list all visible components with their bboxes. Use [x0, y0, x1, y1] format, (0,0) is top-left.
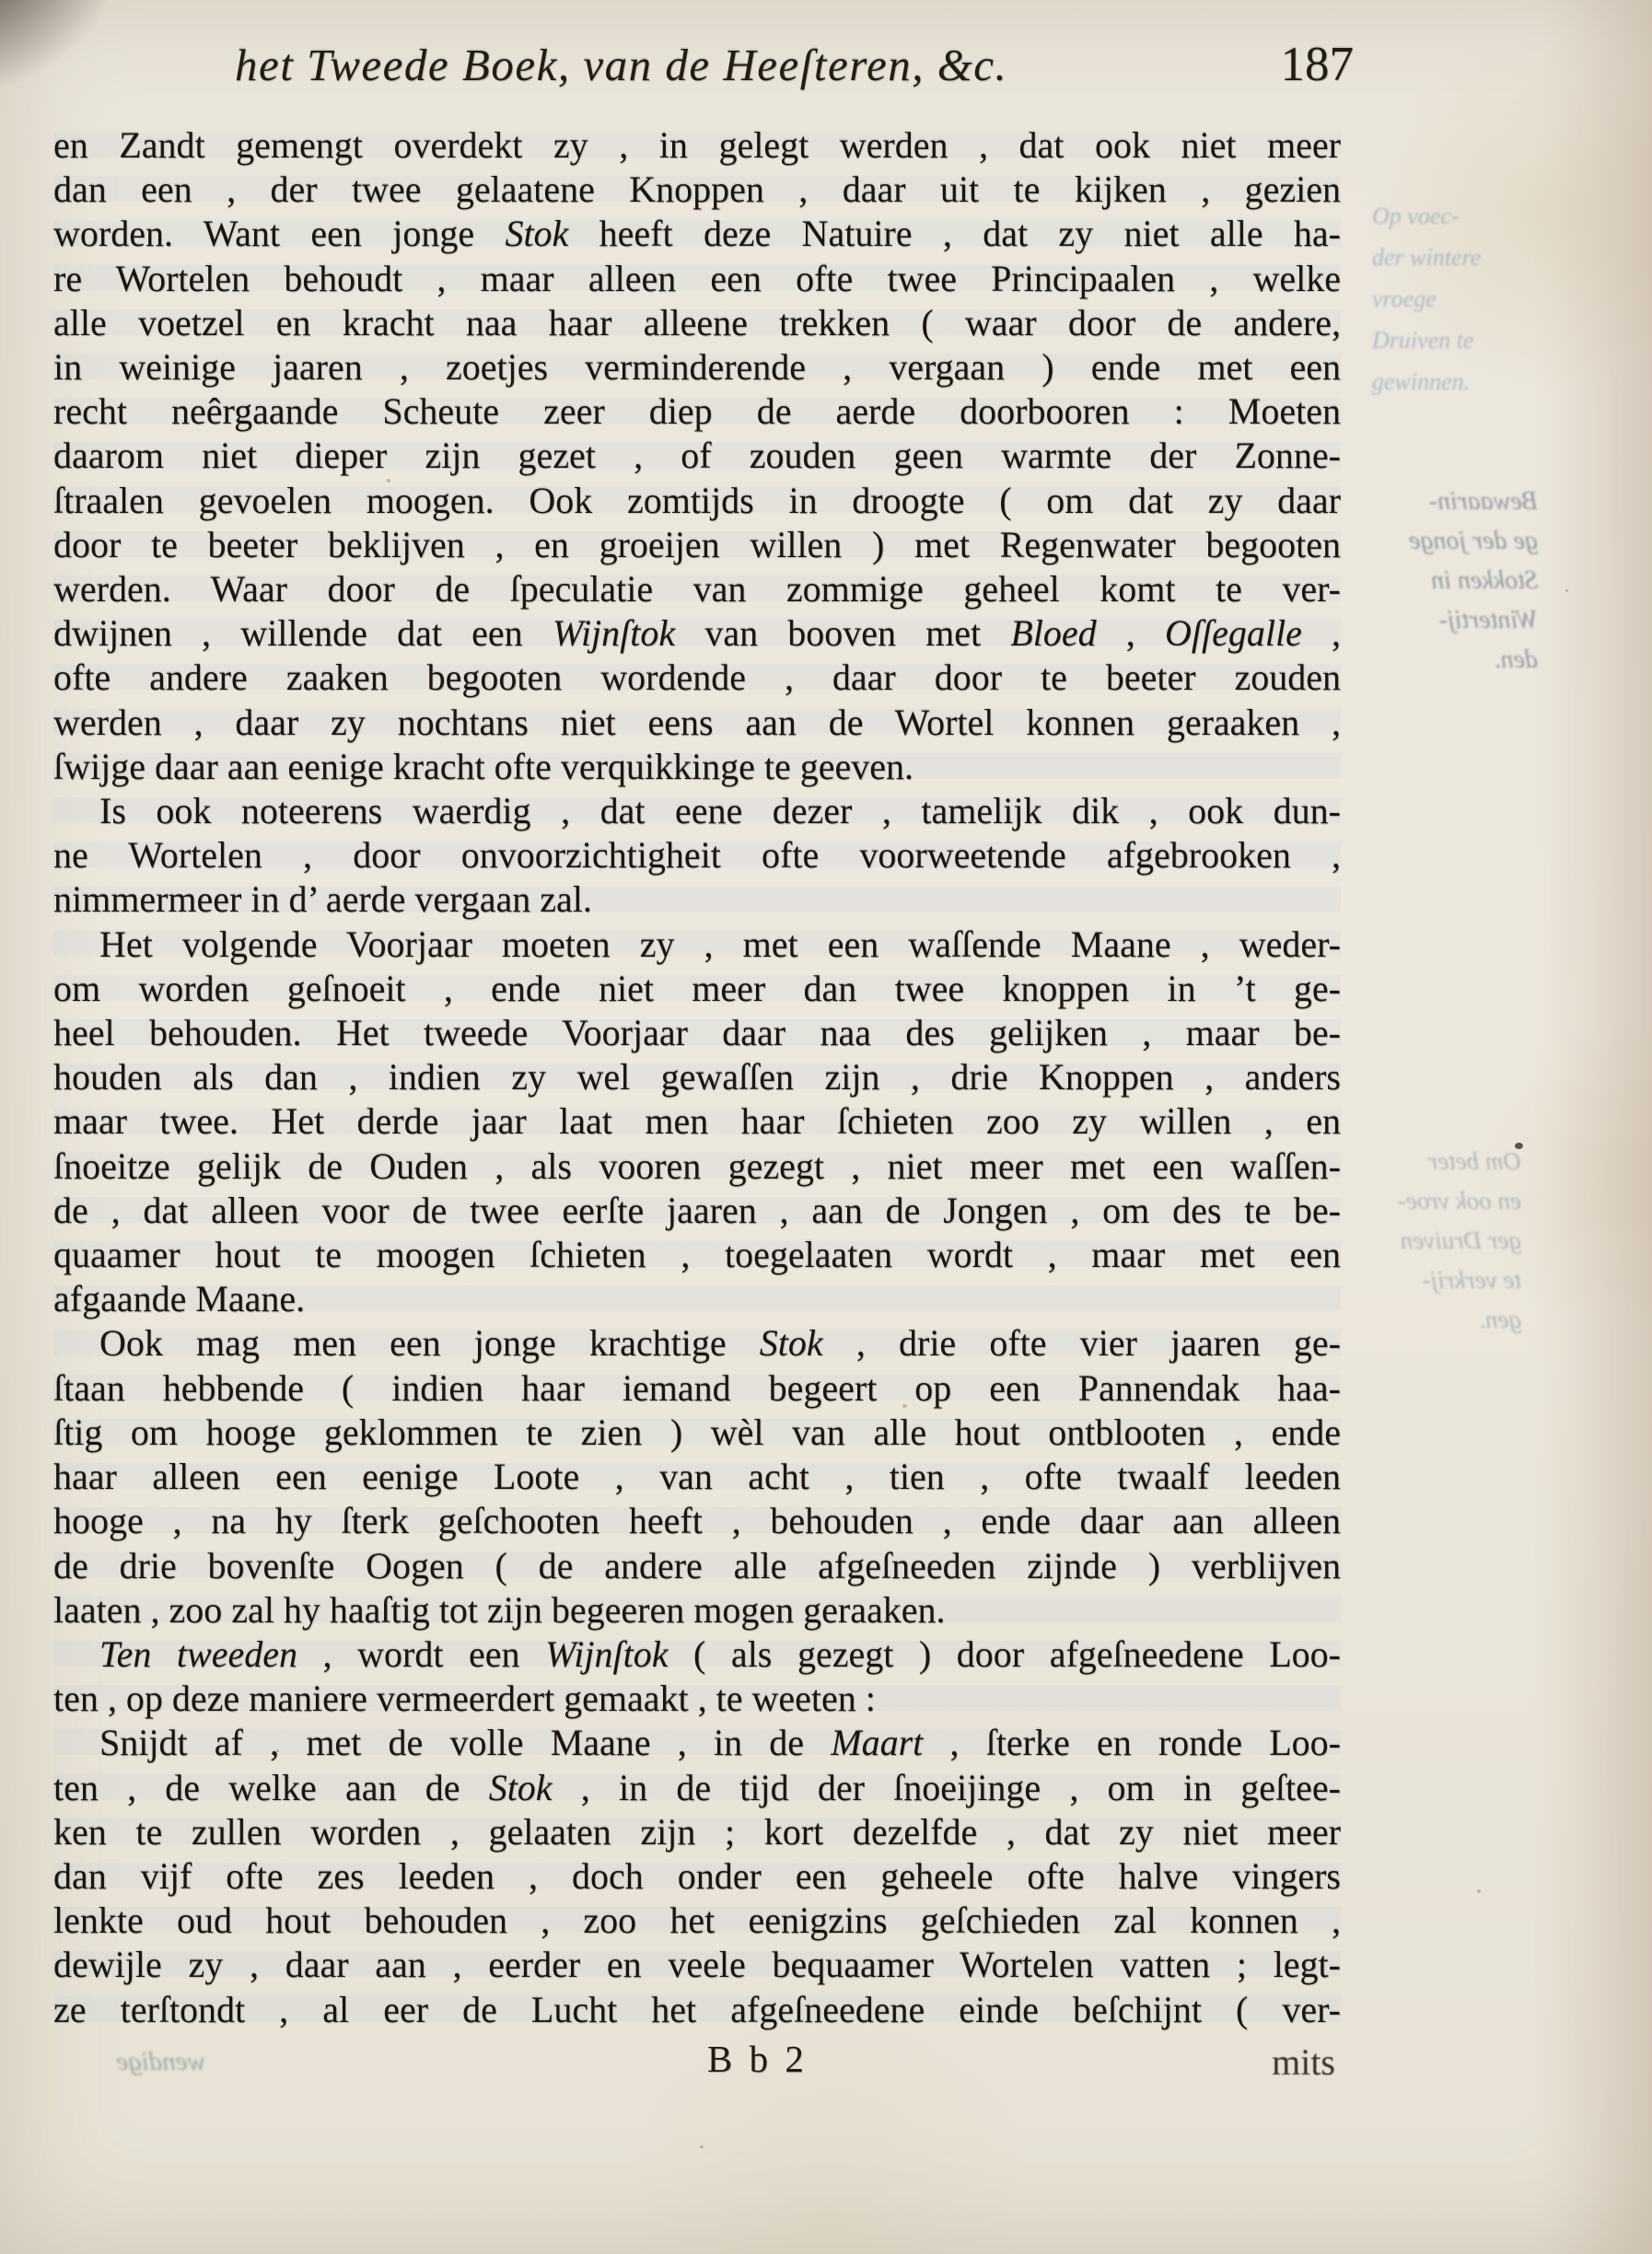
- signature-mark: B b 2: [707, 2037, 808, 2081]
- text-line: en Zandt gemengt overdekt zy , in gelegt…: [53, 123, 1341, 168]
- text-segment: dwijnen , willende dat een: [53, 612, 553, 654]
- showthrough-line: vroege: [1372, 278, 1567, 320]
- showthrough-line: Om beter: [1332, 1142, 1521, 1181]
- text-segment: ,: [1097, 612, 1165, 654]
- showthrough-line: Stokken in: [1337, 561, 1538, 600]
- text-line: hooge , na hy ſterk geſchooten heeft , b…: [53, 1499, 1341, 1543]
- text-segment: maar twee. Het derde jaar laat men haar …: [53, 1100, 1341, 1142]
- text-line: quaamer hout te moogen ſchieten , toegel…: [53, 1233, 1341, 1277]
- text-segment: ze terſtondt , al eer de Lucht het afgeſ…: [53, 1989, 1341, 2030]
- showthrough-line: en ook vroe-: [1332, 1181, 1521, 1221]
- text-segment: dan vijf ofte zes leeden , doch onder ee…: [53, 1855, 1341, 1897]
- text-segment: lenkte oud hout behouden , zoo het eenig…: [53, 1900, 1341, 1941]
- showthrough-line: ger Druiven: [1332, 1221, 1521, 1261]
- page-number: 187: [1281, 37, 1355, 92]
- showthrough-line: gewinnen.: [1372, 361, 1567, 402]
- text-line: houden als dan , indien zy wel gewaſſen …: [53, 1055, 1341, 1099]
- text-segment: haar alleen een eenige Loote , van acht …: [53, 1456, 1341, 1497]
- text-line: haar alleen een eenige Loote , van acht …: [53, 1455, 1341, 1499]
- text-segment: dan een , der twee gelaatene Knoppen , d…: [53, 168, 1341, 210]
- text-segment: van booven met: [675, 612, 1010, 654]
- text-segment: nimmermeer in d’ aerde vergaan zal.: [53, 878, 592, 920]
- text-line: ten , op deze maniere vermeerdert gemaak…: [53, 1677, 1341, 1721]
- paper-speck: [1477, 1889, 1481, 1893]
- text-segment: door te beeter beklijven , en groeijen w…: [53, 524, 1341, 565]
- paragraph: Snijdt af , met de volle Maane , in de M…: [53, 1721, 1341, 2031]
- text-segment: ſtraalen gevoelen moogen. Ook zomtijds i…: [53, 480, 1341, 521]
- text-segment: werden. Waar door de ſpeculatie van zomm…: [53, 568, 1341, 610]
- text-segment: ſtig om hooge geklommen te zien ) wèl va…: [53, 1412, 1341, 1453]
- showthrough-line: den.: [1337, 640, 1538, 680]
- text-line: afgaande Maane.: [53, 1277, 1341, 1321]
- text-line: nimmermeer in d’ aerde vergaan zal.: [53, 877, 1341, 922]
- paragraph: Ook mag men een jonge krachtige Stok , d…: [53, 1321, 1341, 1632]
- text-segment: Is ook noteerens waerdig , dat eene deze…: [99, 790, 1341, 831]
- showthrough-line: Bewaarin-: [1337, 482, 1538, 521]
- text-line: ſtaan hebbende ( indien haar iemand bege…: [53, 1366, 1341, 1411]
- italic-text-segment: Stok: [489, 1767, 553, 1808]
- text-segment: de drie bovenſte Oogen ( de andere alle …: [53, 1545, 1341, 1586]
- text-segment: hooge , na hy ſterk geſchooten heeft , b…: [53, 1500, 1341, 1541]
- text-line: ze terſtondt , al eer de Lucht het afgeſ…: [53, 1988, 1341, 2032]
- text-line: ſtig om hooge geklommen te zien ) wèl va…: [53, 1411, 1341, 1455]
- paragraph: en Zandt gemengt overdekt zy , in gelegt…: [53, 123, 1341, 789]
- margin-note-showthrough: Op voec-der winterevroegeDruiven tegewin…: [1372, 195, 1567, 402]
- text-line: heel behouden. Het tweede Voorjaar daar …: [53, 1011, 1341, 1055]
- text-segment: in weinige jaaren , zoetjes verminderend…: [53, 346, 1341, 388]
- text-segment: , drie ofte vier jaaren ge-: [823, 1322, 1341, 1364]
- text-segment: quaamer hout te moogen ſchieten , toegel…: [53, 1234, 1341, 1275]
- text-line: ten , de welke aan de Stok , in de tijd …: [53, 1766, 1341, 1810]
- text-segment: , ſterke en ronde Loo-: [923, 1722, 1341, 1763]
- italic-text-segment: Ten tweeden: [99, 1633, 297, 1675]
- text-line: de drie bovenſte Oogen ( de andere alle …: [53, 1544, 1341, 1588]
- text-segment: laaten , zoo zal hy haaſtig tot zijn beg…: [53, 1589, 945, 1631]
- text-segment: ten , op deze maniere vermeerdert gemaak…: [53, 1678, 876, 1719]
- text-segment: worden. Want een jonge: [53, 213, 505, 254]
- text-line: daarom niet dieper zijn gezet , of zoude…: [53, 434, 1341, 478]
- paper-speck: [700, 2145, 704, 2148]
- text-line: Is ook noteerens waerdig , dat eene deze…: [53, 789, 1341, 833]
- paper-speck: [1565, 589, 1568, 592]
- italic-text-segment: Oſſegalle: [1165, 612, 1302, 654]
- text-segment: ( als gezegt ) door afgeſneedene Loo-: [668, 1633, 1341, 1675]
- text-segment: , in de tijd der ſnoeijinge , om in geſt…: [553, 1767, 1341, 1808]
- text-line: alle voetzel en kracht naa haar alleene …: [53, 301, 1341, 345]
- text-line: werden. Waar door de ſpeculatie van zomm…: [53, 567, 1341, 611]
- text-line: recht neêrgaande Scheute zeer diep de ae…: [53, 389, 1341, 434]
- text-line: dewijle zy , daar aan , eerder en veele …: [53, 1943, 1341, 1987]
- text-segment: heel behouden. Het tweede Voorjaar daar …: [53, 1012, 1341, 1053]
- text-line: dwijnen , willende dat een Wijnſtok van …: [53, 611, 1341, 656]
- text-line: werden , daar zy nochtans niet eens aan …: [53, 701, 1341, 745]
- italic-text-segment: Stok: [505, 213, 568, 254]
- showthrough-line: der wintere: [1372, 237, 1567, 278]
- text-segment: ken te zullen worden , gelaaten zijn ; k…: [53, 1811, 1341, 1853]
- text-line: maar twee. Het derde jaar laat men haar …: [53, 1099, 1341, 1144]
- text-line: re Wortelen behoudt , maar alleen een of…: [53, 257, 1341, 301]
- text-line: dan vijf ofte zes leeden , doch onder ee…: [53, 1854, 1341, 1899]
- text-line: Ook mag men een jonge krachtige Stok , d…: [53, 1321, 1341, 1365]
- text-line: laaten , zoo zal hy haaſtig tot zijn beg…: [53, 1588, 1341, 1632]
- text-segment: , wordt een: [297, 1633, 545, 1675]
- text-line: in weinige jaaren , zoetjes verminderend…: [53, 345, 1341, 389]
- text-segment: ſtaan hebbende ( indien haar iemand bege…: [53, 1367, 1341, 1409]
- text-line: door te beeter beklijven , en groeijen w…: [53, 523, 1341, 567]
- text-segment: ofte andere zaaken begooten wordende , d…: [53, 656, 1341, 698]
- text-segment: re Wortelen behoudt , maar alleen een of…: [53, 258, 1341, 299]
- running-title: het Tweede Boek, van de Heeſteren, &c.: [235, 39, 1007, 91]
- showthrough-line: Wintertij-: [1337, 600, 1538, 640]
- italic-text-segment: Stok: [760, 1322, 823, 1364]
- text-segment: heeft deze Natuire , dat zy niet alle ha…: [568, 213, 1341, 254]
- text-line: de , dat alleen voor de twee eerſte jaar…: [53, 1189, 1341, 1233]
- text-segment: Het volgende Voorjaar moeten zy , met ee…: [99, 924, 1341, 965]
- body-text: en Zandt gemengt overdekt zy , in gelegt…: [53, 123, 1341, 2032]
- showthrough-line: gen.: [1332, 1300, 1521, 1340]
- showthrough-line: Op voec-: [1372, 195, 1567, 237]
- text-segment: dewijle zy , daar aan , eerder en veele …: [53, 1944, 1341, 1985]
- margin-note-showthrough: Bewaarin-ge der jongeStokken inWintertij…: [1337, 482, 1538, 680]
- margin-note-showthrough: Om beteren ook vroe-ger Druivente verkri…: [1332, 1142, 1521, 1340]
- paragraph: Is ook noteerens waerdig , dat eene deze…: [53, 789, 1341, 923]
- italic-text-segment: Maart: [831, 1722, 923, 1763]
- text-segment: de , dat alleen voor de twee eerſte jaar…: [53, 1190, 1341, 1231]
- catchword: mits: [1225, 2040, 1335, 2084]
- text-line: dan een , der twee gelaatene Knoppen , d…: [53, 168, 1341, 212]
- text-segment: Snijdt af , met de volle Maane , in de: [99, 1722, 831, 1763]
- text-segment: ne Wortelen , door onvoorzichtigheit oft…: [53, 834, 1341, 876]
- page-header: het Tweede Boek, van de Heeſteren, &c. 1…: [235, 37, 1354, 92]
- text-line: Ten tweeden , wordt een Wijnſtok ( als g…: [53, 1632, 1341, 1677]
- text-segment: ſwijge daar aan eenige kracht ofte verqu…: [53, 746, 913, 787]
- book-page-scan: het Tweede Boek, van de Heeſteren, &c. 1…: [0, 0, 1652, 2254]
- showthrough-line: ge der jonge: [1337, 521, 1538, 561]
- text-line: ſtraalen gevoelen moogen. Ook zomtijds i…: [53, 479, 1341, 523]
- text-segment: ,: [1302, 612, 1341, 654]
- text-segment: afgaande Maane.: [53, 1278, 305, 1319]
- text-line: ſwijge daar aan eenige kracht ofte verqu…: [53, 745, 1341, 789]
- showthrough-line: te verkrij-: [1332, 1261, 1521, 1300]
- text-segment: recht neêrgaande Scheute zeer diep de ae…: [53, 390, 1341, 432]
- text-segment: Ook mag men een jonge krachtige: [99, 1322, 760, 1364]
- text-segment: ten , de welke aan de: [53, 1767, 489, 1808]
- margin-note-showthrough: wendige: [44, 2042, 205, 2081]
- text-segment: daarom niet dieper zijn gezet , of zoude…: [53, 435, 1341, 476]
- text-line: worden. Want een jonge Stok heeft deze N…: [53, 212, 1341, 256]
- text-segment: alle voetzel en kracht naa haar alleene …: [53, 302, 1341, 343]
- text-line: lenkte oud hout behouden , zoo het eenig…: [53, 1899, 1341, 1943]
- text-line: om worden geſnoeit , ende niet meer dan …: [53, 967, 1341, 1011]
- text-line: ken te zullen worden , gelaaten zijn ; k…: [53, 1810, 1341, 1854]
- text-segment: houden als dan , indien zy wel gewaſſen …: [53, 1056, 1341, 1098]
- text-line: ſnoeitze gelijk de Ouden , als vooren ge…: [53, 1144, 1341, 1189]
- showthrough-line: wendige: [44, 2042, 205, 2081]
- text-line: Het volgende Voorjaar moeten zy , met ee…: [53, 923, 1341, 967]
- italic-text-segment: Bloed: [1010, 612, 1096, 654]
- showthrough-line: Druiven te: [1372, 320, 1567, 361]
- paragraph: Het volgende Voorjaar moeten zy , met ee…: [53, 923, 1341, 1322]
- text-segment: en Zandt gemengt overdekt zy , in gelegt…: [53, 124, 1341, 166]
- ink-fleck: [1515, 1143, 1523, 1149]
- text-line: Snijdt af , met de volle Maane , in de M…: [53, 1721, 1341, 1765]
- italic-text-segment: Wijnſtok: [553, 612, 675, 654]
- text-segment: werden , daar zy nochtans niet eens aan …: [53, 702, 1341, 743]
- text-line: ne Wortelen , door onvoorzichtigheit oft…: [53, 833, 1341, 877]
- italic-text-segment: Wijnſtok: [545, 1633, 668, 1675]
- paragraph: Ten tweeden , wordt een Wijnſtok ( als g…: [53, 1632, 1341, 1721]
- text-segment: om worden geſnoeit , ende niet meer dan …: [53, 968, 1341, 1009]
- text-segment: ſnoeitze gelijk de Ouden , als vooren ge…: [53, 1145, 1341, 1187]
- text-line: ofte andere zaaken begooten wordende , d…: [53, 656, 1341, 700]
